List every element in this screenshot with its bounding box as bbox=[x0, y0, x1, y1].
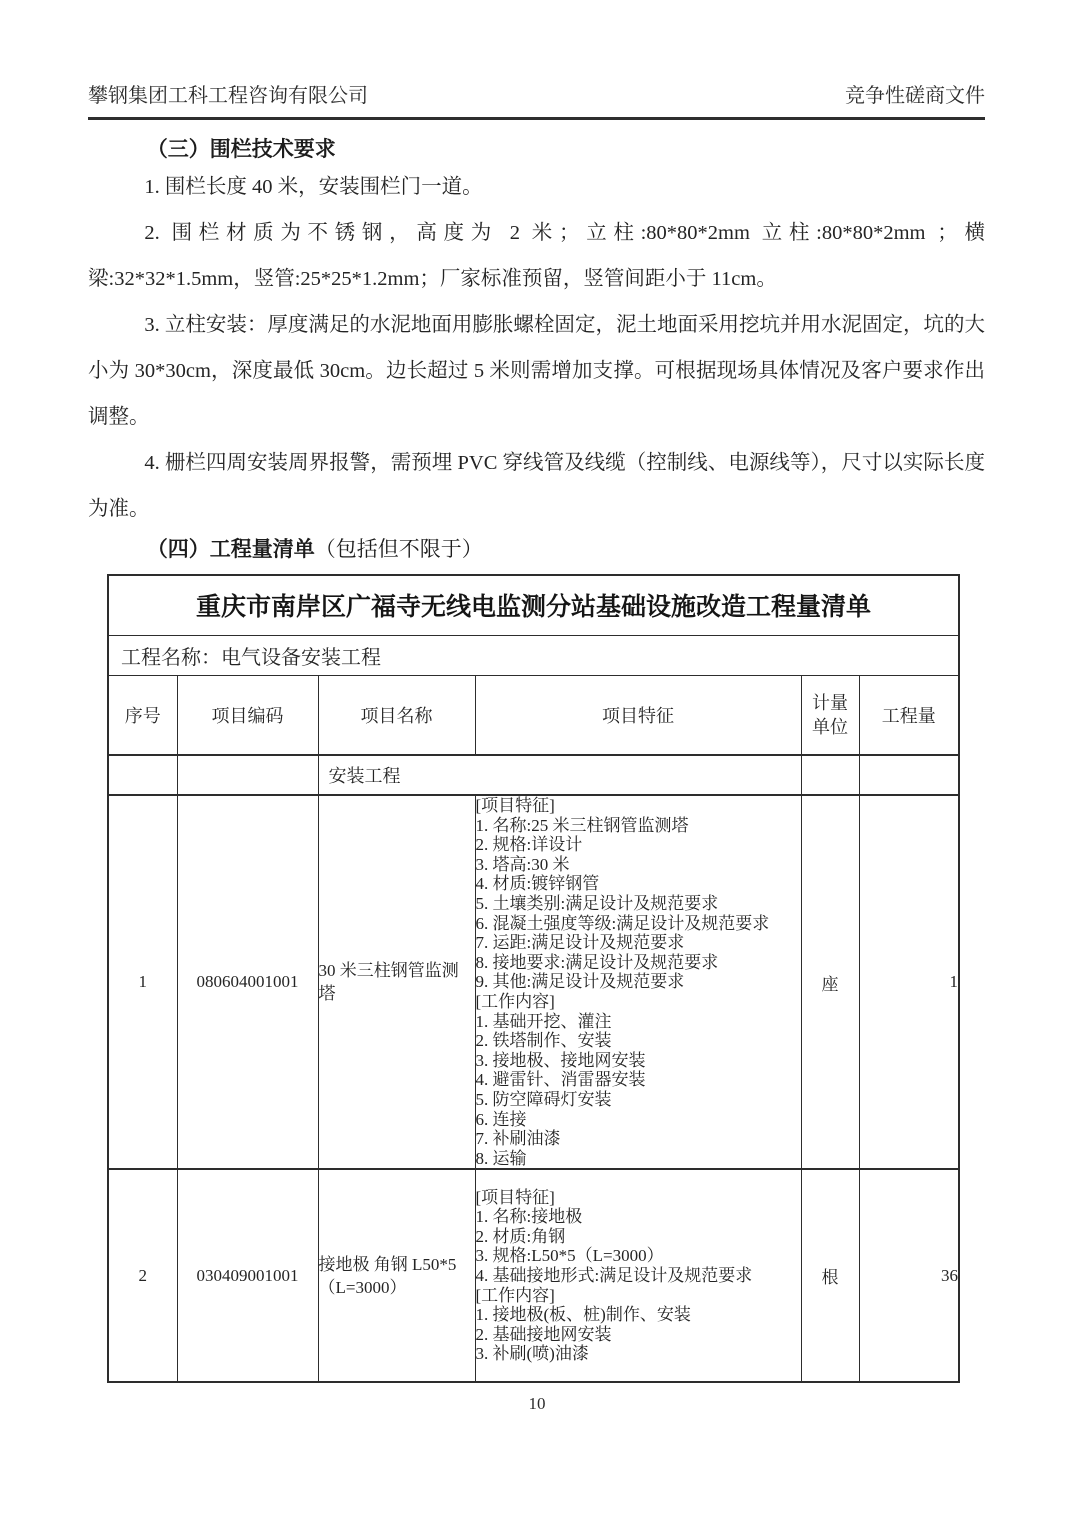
column-header-row: 序号 项目编码 项目名称 项目特征 计量 单位 工程量 bbox=[108, 675, 959, 755]
section-3-heading: （三）围栏技术要求 bbox=[88, 134, 985, 164]
group-row: 安装工程 bbox=[108, 755, 959, 795]
project-name: 工程名称：电气设备安装工程 bbox=[108, 635, 959, 675]
item-code: 080604001001 bbox=[177, 795, 318, 1169]
column-header-name: 项目名称 bbox=[318, 675, 475, 755]
section-4-title-suffix: （包括但不限于） bbox=[315, 537, 483, 561]
fence-paragraph-3: 3. 立柱安装：厚度满足的水泥地面用膨胀螺栓固定，泥土地面采用挖坑并用水泥固定，… bbox=[88, 302, 985, 440]
table-title-row: 重庆市南岸区广福寺无线电监测分站基础设施改造工程量清单 bbox=[108, 575, 959, 635]
header-company: 攀钢集团工科工程咨询有限公司 bbox=[88, 84, 368, 108]
column-header-code: 项目编码 bbox=[177, 675, 318, 755]
table-row: 2 030409001001 接地极 角钢 L50*5 （L=3000） [项目… bbox=[108, 1169, 959, 1382]
section-4-title: （四）工程量清单 bbox=[147, 537, 315, 561]
table-row: 1 080604001001 30 米三柱钢管监测塔 [项目特征] 1. 名称:… bbox=[108, 795, 959, 1169]
group-unit-cell bbox=[801, 755, 859, 795]
fence-paragraph-1: 1. 围栏长度 40 米，安装围栏门一道。 bbox=[88, 164, 985, 210]
item-seq: 2 bbox=[108, 1169, 177, 1382]
project-name-row: 工程名称：电气设备安装工程 bbox=[108, 635, 959, 675]
document-header: 攀钢集团工科工程咨询有限公司 竞争性磋商文件 bbox=[88, 84, 985, 108]
section-4-heading: （四）工程量清单（包括但不限于） bbox=[88, 534, 985, 564]
item-name: 30 米三柱钢管监测塔 bbox=[318, 795, 475, 1169]
group-code-cell bbox=[177, 755, 318, 795]
group-label: 安装工程 bbox=[318, 755, 801, 795]
item-code: 030409001001 bbox=[177, 1169, 318, 1382]
item-seq: 1 bbox=[108, 795, 177, 1169]
header-rule bbox=[88, 117, 985, 120]
boq-table: 重庆市南岸区广福寺无线电监测分站基础设施改造工程量清单 工程名称：电气设备安装工… bbox=[107, 574, 960, 1383]
column-header-features: 项目特征 bbox=[475, 675, 801, 755]
item-features: [项目特征] 1. 名称:接地极 2. 材质:角钢 3. 规格:L50*5（L=… bbox=[475, 1169, 801, 1382]
item-quantity: 36 bbox=[859, 1169, 959, 1382]
column-header-seq: 序号 bbox=[108, 675, 177, 755]
fence-paragraph-4: 4. 栅栏四周安装周界报警，需预埋 PVC 穿线管及线缆（控制线、电源线等），尺… bbox=[88, 440, 985, 532]
table-title: 重庆市南岸区广福寺无线电监测分站基础设施改造工程量清单 bbox=[108, 575, 959, 635]
group-seq-cell bbox=[108, 755, 177, 795]
item-name: 接地极 角钢 L50*5 （L=3000） bbox=[318, 1169, 475, 1382]
item-quantity: 1 bbox=[859, 795, 959, 1169]
item-features: [项目特征] 1. 名称:25 米三柱钢管监测塔 2. 规格:详设计 3. 塔高… bbox=[475, 795, 801, 1169]
page-number: 10 bbox=[0, 1394, 1074, 1414]
column-header-unit: 计量 单位 bbox=[801, 675, 859, 755]
item-unit: 座 bbox=[801, 795, 859, 1169]
page-content: 攀钢集团工科工程咨询有限公司 竞争性磋商文件 （三）围栏技术要求 1. 围栏长度… bbox=[88, 0, 985, 1383]
group-quantity-cell bbox=[859, 755, 959, 795]
document-page: 攀钢集团工科工程咨询有限公司 竞争性磋商文件 （三）围栏技术要求 1. 围栏长度… bbox=[0, 0, 1074, 1520]
item-unit: 根 bbox=[801, 1169, 859, 1382]
fence-requirements: 1. 围栏长度 40 米，安装围栏门一道。 2. 围栏材质为不锈钢，高度为 2 … bbox=[88, 164, 985, 532]
header-doc-type: 竞争性磋商文件 bbox=[845, 84, 985, 108]
fence-paragraph-2: 2. 围栏材质为不锈钢，高度为 2 米；立柱:80*80*2mm 立柱:80*8… bbox=[88, 210, 985, 302]
column-header-quantity: 工程量 bbox=[859, 675, 959, 755]
